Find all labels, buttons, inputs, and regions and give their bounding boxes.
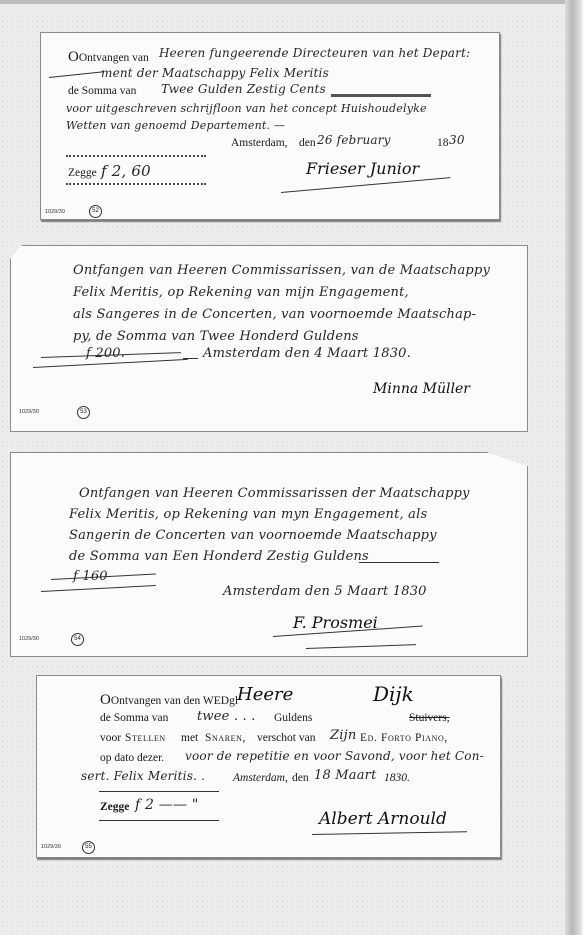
handwritten-from-line2: ment der Maatschappy Felix Meritis xyxy=(101,66,329,80)
printed-den: den xyxy=(292,772,309,784)
signature-flourish xyxy=(312,831,467,835)
handwritten-sum: Twee Gulden Zestig Cents xyxy=(161,82,326,96)
printed-verschot-van: verschot van xyxy=(257,732,315,744)
amount: f 200. xyxy=(86,346,125,361)
printed-received-from-text: Ontvangen van den WEDgl xyxy=(111,695,238,707)
handwritten-sum: twee . . . xyxy=(197,709,256,724)
text-line-3: Sangerin de Concerten van voornoemde Maa… xyxy=(69,528,437,543)
handwritten-year-suffix: 30 xyxy=(449,133,465,147)
printed-instrument: Ed. Forto Piano, xyxy=(360,732,448,744)
receipt-number-circle: 55 xyxy=(82,841,95,854)
receipt-54: Ontfangen van Heeren Commissarissen der … xyxy=(10,452,528,657)
signature-flourish xyxy=(281,177,450,193)
printed-met: met xyxy=(181,732,198,744)
text-line-3: als Sangeres in de Concerten, van voorno… xyxy=(73,307,476,322)
place-date: Amsterdam den 4 Maart 1830. xyxy=(203,346,411,361)
receipt-55: OOntvangen van den WEDgl Heere Dijk de S… xyxy=(36,675,501,858)
flourish-stroke xyxy=(49,71,104,78)
printed-for-prefix: voor xyxy=(100,732,121,744)
place-date: Amsterdam den 5 Maart 1830 xyxy=(223,584,427,599)
printed-sum-of: de Somma van xyxy=(100,712,168,724)
printed-sum-of: de Somma van xyxy=(68,85,136,97)
sum-fill-stroke xyxy=(331,94,431,97)
archive-reference: 1029/30 xyxy=(19,409,39,415)
receipt-number-circle: 54 xyxy=(71,633,84,646)
printed-snaren: Snaren, xyxy=(205,732,246,744)
printed-year-prefix: 18 xyxy=(437,137,449,149)
amount-rule-bottom xyxy=(41,585,156,592)
archive-reference: 1029/30 xyxy=(19,636,39,642)
handwritten-date: 18 Maart xyxy=(314,768,377,783)
handwritten-from: Heere xyxy=(237,684,293,705)
handwritten-name: Dijk xyxy=(373,682,414,706)
printed-year: 1830. xyxy=(384,772,410,784)
archive-reference: 1029/30 xyxy=(41,844,61,850)
printed-received-from: OOntvangen van den WEDgl xyxy=(100,692,238,709)
zegge-rule-top xyxy=(99,791,219,792)
handwritten-for-line1: voor uitgeschreven schrijfloon van het c… xyxy=(66,102,427,115)
signature: Albert Arnould xyxy=(319,809,447,829)
printed-zegge: Zegge xyxy=(100,801,129,813)
handwritten-zijn: Zijn xyxy=(330,728,356,743)
zegge-rule-top xyxy=(66,155,206,157)
signature-flourish-2 xyxy=(306,644,416,649)
handwritten-from-line1: Heeren fungeerende Directeuren van het D… xyxy=(159,46,470,60)
printed-guldens: Guldens xyxy=(274,712,312,724)
printed-stuivers: Stuivers, xyxy=(409,712,450,724)
zegge-rule-bottom xyxy=(99,820,219,821)
printed-den: den xyxy=(299,137,316,149)
handwritten-amount: f 2 —— " xyxy=(135,797,198,813)
amount: f 160 xyxy=(73,569,108,584)
printed-op-dato: op dato dezer. xyxy=(100,752,164,764)
printed-city: Amsterdam, xyxy=(233,772,288,784)
printed-zegge: Zegge xyxy=(68,167,97,179)
archive-reference: 1029/30 xyxy=(45,209,65,215)
scan-binding-shadow xyxy=(565,0,583,935)
printed-city: Amsterdam, xyxy=(231,137,288,149)
printed-received-from-text: Ontvangen van xyxy=(79,52,149,64)
handwritten-note-line1: voor de repetitie en voor Savond, voor h… xyxy=(185,749,484,763)
text-line-1: Ontfangen van Heeren Commissarissen der … xyxy=(79,486,470,501)
signature: Frieser Junior xyxy=(306,159,419,178)
printed-received-from: OOntvangen van xyxy=(68,49,149,66)
zegge-rule-bottom xyxy=(66,183,206,185)
signature: Minna Müller xyxy=(373,381,470,397)
printed-stellen: Stellen xyxy=(125,732,166,744)
receipt-52: OOntvangen van Heeren fungeerende Direct… xyxy=(40,32,500,220)
text-line-1: Ontfangen van Heeren Commissarissen, van… xyxy=(73,263,490,278)
dash-stroke xyxy=(183,358,198,359)
text-line-4: de Somma van Een Honderd Zestig Guldens xyxy=(69,549,369,564)
text-line-4: py, de Somma van Twee Honderd Guldens xyxy=(73,329,359,344)
handwritten-date: 26 february xyxy=(317,133,391,147)
receipt-number-circle: 52 xyxy=(89,205,102,218)
receipt-number-circle: 53 xyxy=(77,406,90,419)
sum-fill-stroke xyxy=(359,562,439,563)
handwritten-for-line2: Wetten van genoemd Departement. — xyxy=(66,119,285,132)
receipt-53: Ontfangen van Heeren Commissarissen, van… xyxy=(10,245,528,432)
text-line-2: Felix Meritis, op Rekening van myn Engag… xyxy=(69,507,427,522)
handwritten-note-line2: sert. Felix Meritis. . xyxy=(81,769,205,783)
handwritten-amount: f 2, 60 xyxy=(101,162,151,180)
text-line-2: Felix Meritis, op Rekening van mijn Enga… xyxy=(73,285,409,300)
